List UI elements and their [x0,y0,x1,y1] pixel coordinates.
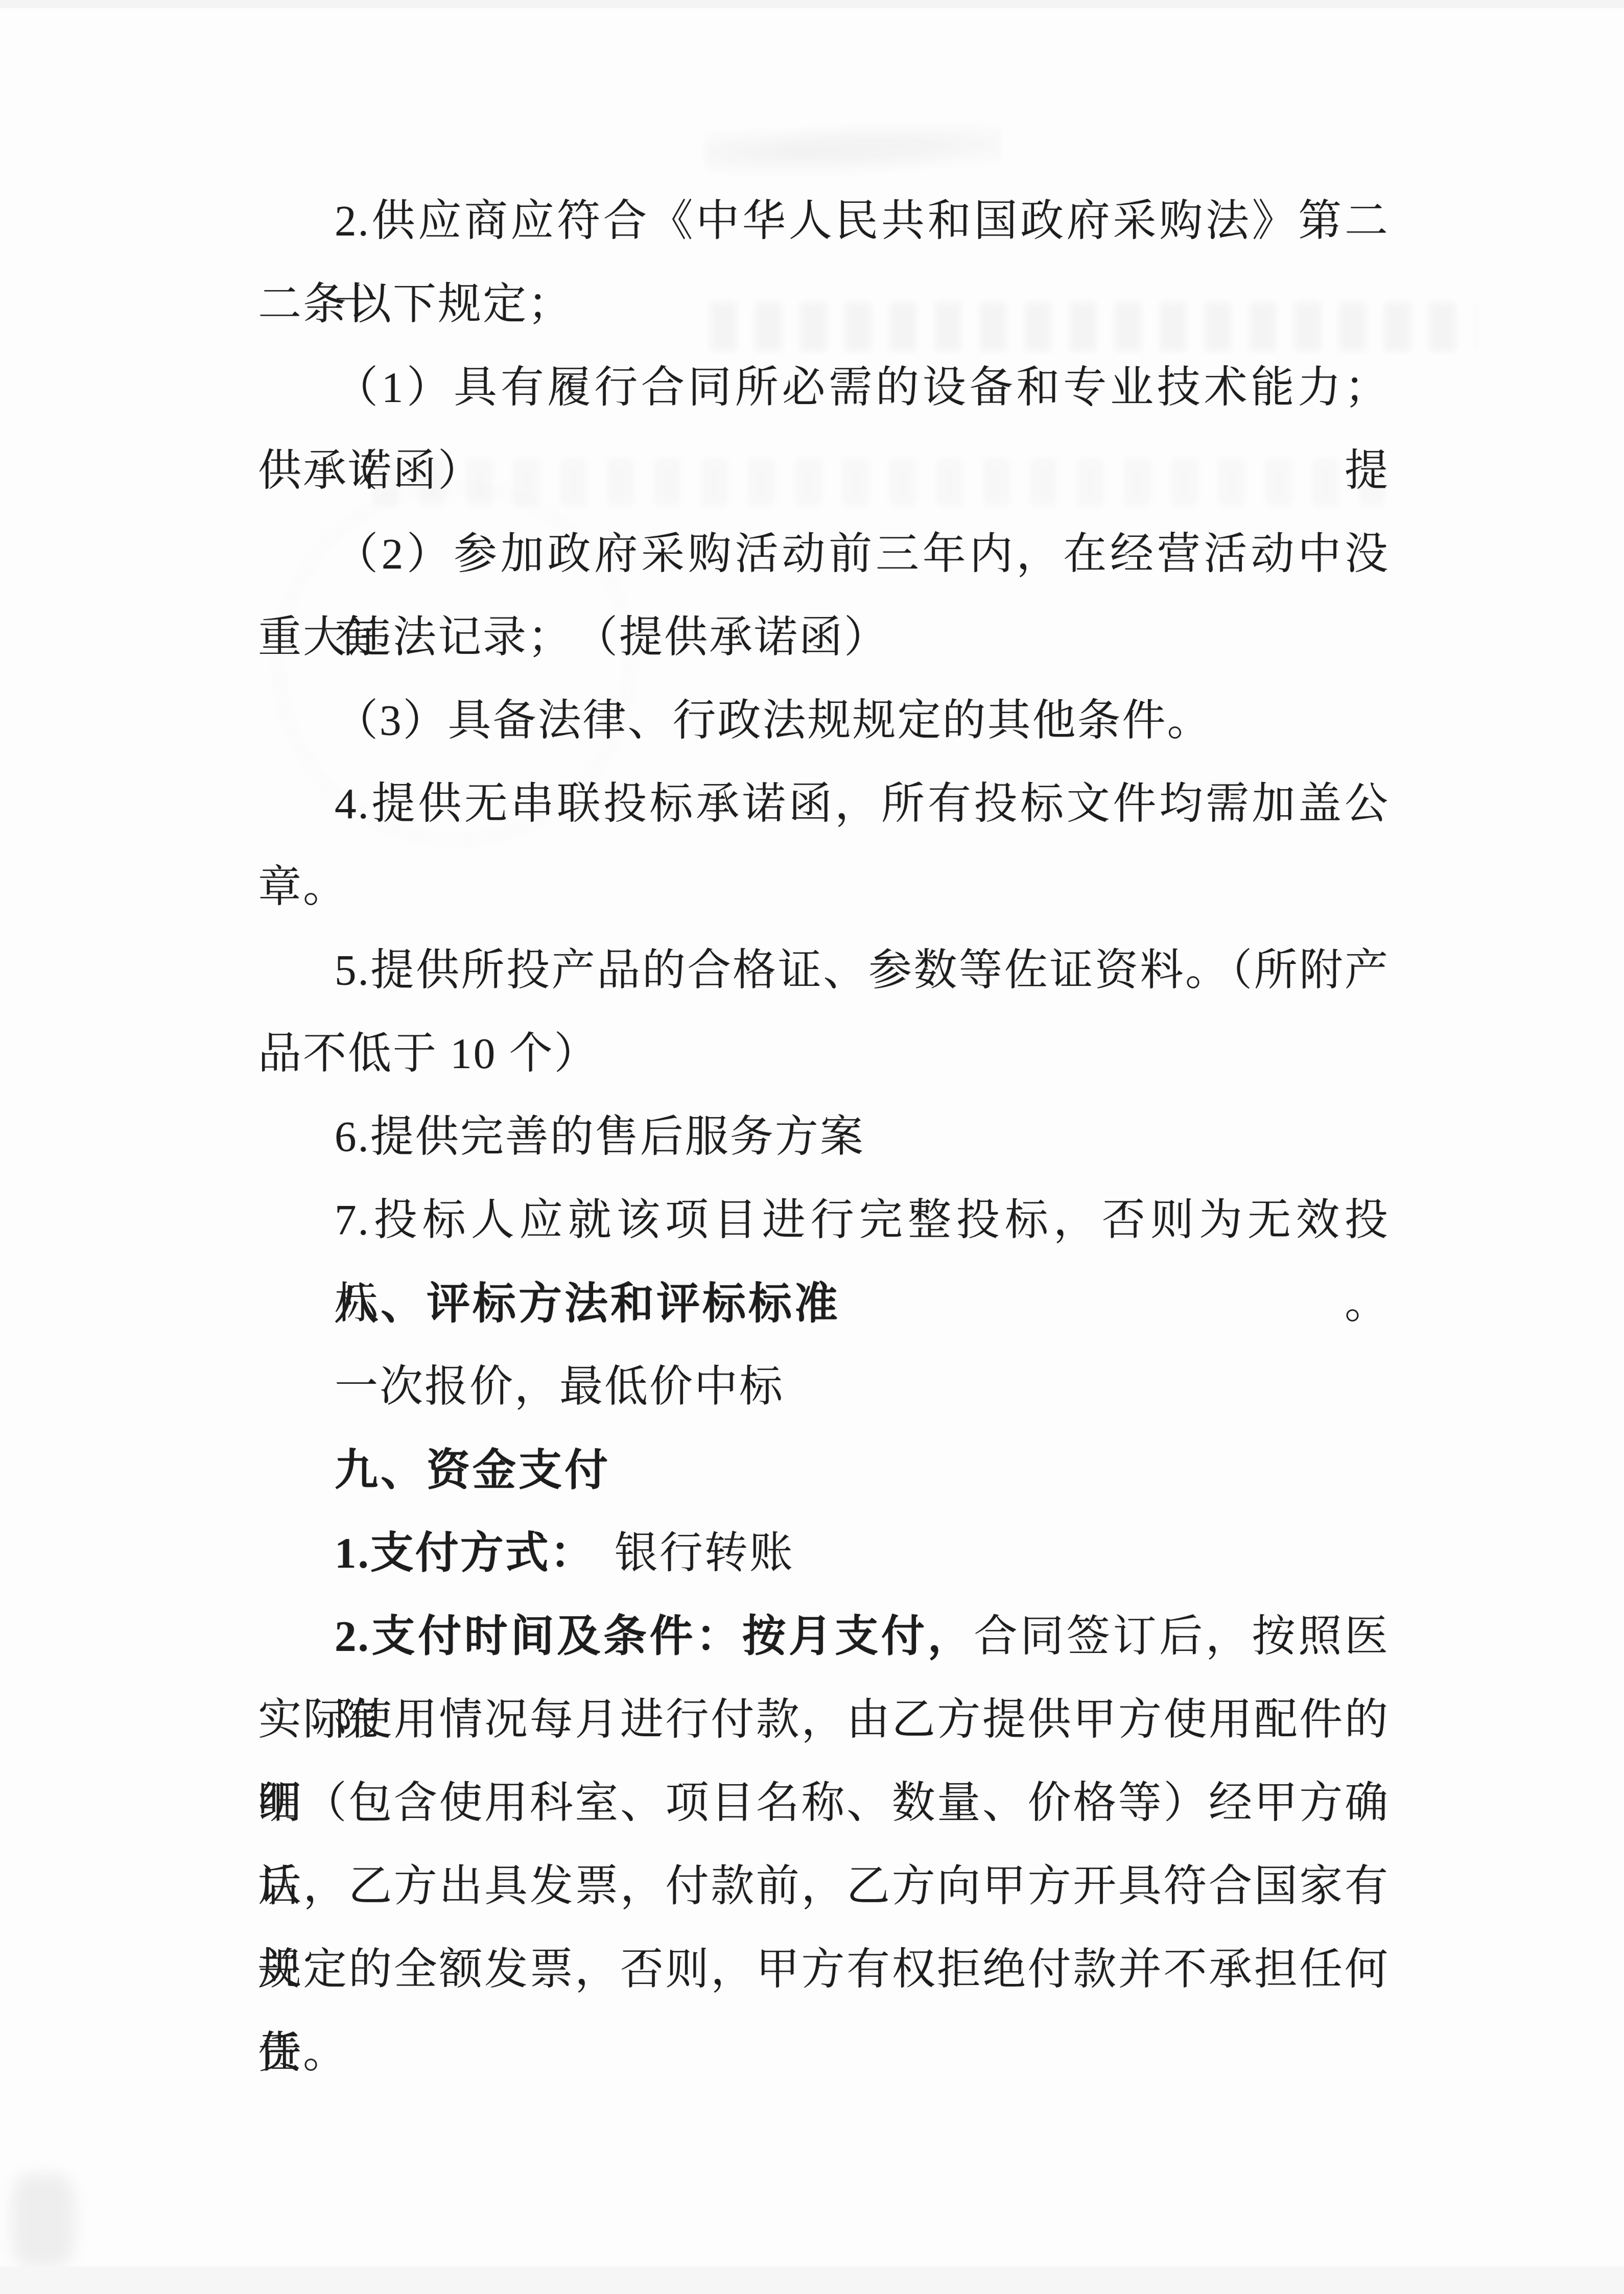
item-3-line: （3）具备法律、行政法规规定的其他条件。 [258,679,1390,763]
item-5-line2: 品不低于 10 个） [258,1012,1390,1096]
document-text-block: 2.供应商应符合《中华人民共和国政府采购法》第二十 二条以下规定； （1）具有履… [258,180,1390,2095]
payment-method-label: 1.支付方式： [335,1529,595,1577]
payment-terms-line2: 实际使用情况每月进行付款，由乙方提供甲方使用配件的明 [258,1678,1390,1762]
payment-method-value: 银行转账 [615,1529,794,1577]
item-7-line: 7.投标人应就该项目进行完整投标，否则为无效投标。 [258,1179,1390,1262]
item-5-line1: 5.提供所投产品的合格证、参数等佐证资料。（所附产 [258,929,1390,1012]
clause-supplier-law-line2: 二条以下规定； [258,263,1390,346]
item-4-line1: 4.提供无串联投标承诺函，所有投标文件均需加盖公 [258,763,1390,846]
item-1-line1: （1）具有履行合同所必需的设备和专业技术能力；（提 [258,346,1390,430]
item-2-line2: 重大违法记录； （提供承诺函） [258,596,1390,679]
payment-method-line: 1.支付方式：银行转账 [258,1512,1390,1595]
payment-terms-line5: 规定的全额发票，否则，甲方有权拒绝付款并不承担任何责 [258,1928,1390,2012]
clause-supplier-law-line1: 2.供应商应符合《中华人民共和国政府采购法》第二十 [258,180,1390,263]
scan-edge-band-bottom [0,2266,1624,2294]
corner-smudge-mark [11,2173,75,2268]
payment-terms-line6: 任。 [258,2012,1390,2095]
item-4-line2: 章。 [258,846,1390,929]
payment-terms-line3: 细（包含使用科室、项目名称、数量、价格等）经甲方确认 [258,1762,1390,1845]
item-2-line1: （2）参加政府采购活动前三年内，在经营活动中没有 [258,513,1390,596]
ink-bleed-smudge [705,122,1001,178]
payment-terms-line1: 2.支付时间及条件：按月支付，合同签订后，按照医院 [258,1595,1390,1678]
section-8-body: 一次报价，最低价中标 [258,1345,1390,1429]
scan-edge-band-top [0,0,1624,8]
section-9-heading: 九、资金支付 [258,1429,1390,1512]
payment-terms-label: 2.支付时间及条件：按月支付， [335,1613,974,1661]
scanned-document-page: { "page": { "background": "#fdfdfd", "in… [0,0,1624,2294]
item-6-line: 6.提供完善的售后服务方案 [258,1096,1390,1179]
payment-terms-line4: 后，乙方出具发票，付款前，乙方向甲方开具符合国家有关 [258,1845,1390,1928]
